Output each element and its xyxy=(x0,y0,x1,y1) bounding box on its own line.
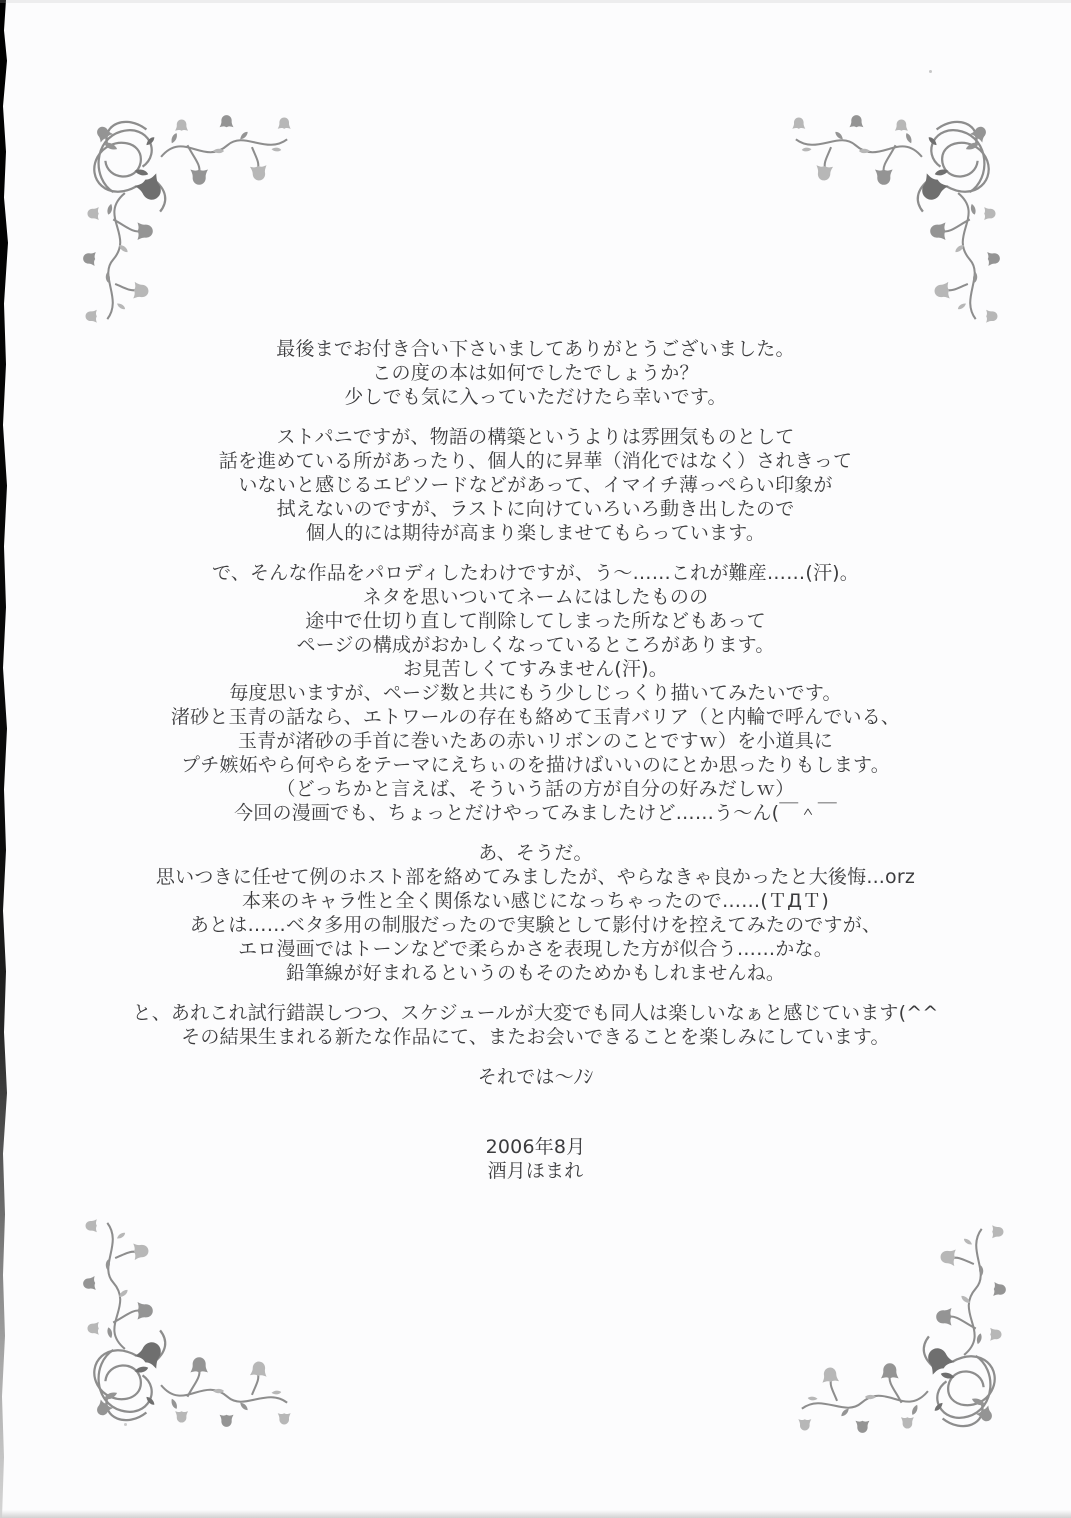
text-line: 毎度思いますが、ページ数と共にもう少しじっくり描いてみたいです。 xyxy=(0,681,1071,705)
colophon: 2006年8月 酒月ほまれ xyxy=(0,1135,1071,1183)
paragraph-series-thoughts: ストパニですが、物語の構築というよりは雰囲気ものとして話を進めている所があったり… xyxy=(0,425,1071,545)
text-line: と、あれこれ試行錯誤しつつ、スケジュールが大変でも同人は楽しいなぁと感じています… xyxy=(0,1001,1071,1025)
paragraph-greeting: 最後までお付き合い下さいましてありがとうございました。この度の本は如何でしたでし… xyxy=(0,337,1071,409)
scan-edge-top xyxy=(0,0,1071,3)
floral-corner-ornament-top-left xyxy=(78,110,293,325)
text-line: あとは……ベタ多用の制服だったので実験として影付けを控えてみたのですが、 xyxy=(0,913,1071,937)
signoff: それでは～ﾉｼ xyxy=(0,1065,1071,1089)
text-line: ネタを思いついてネームにはしたものの xyxy=(0,585,1071,609)
text-line: この度の本は如何でしたでしょうか？ xyxy=(0,361,1071,385)
text-line: ページの構成がおかしくなっているところがあります。 xyxy=(0,633,1071,657)
text-line: 本来のキャラ性と全く関係ない感じになっちゃったので……(ＴДＴ) xyxy=(0,889,1071,913)
floral-corner-ornament-bottom-right xyxy=(796,1223,1011,1438)
text-line: 少しでも気に入っていただけたら幸いです。 xyxy=(0,385,1071,409)
paragraph-regrets: あ、そうだ。思いつきに任せて例のホスト部を絡めてみましたが、やらなきゃ良かったと… xyxy=(0,841,1071,985)
paragraph-parody-production: で、そんな作品をパロディしたわけですが、う～……これが難産……(汗)。ネタを思い… xyxy=(0,561,1071,825)
text-line: 話を進めている所があったり、個人的に昇華（消化ではなく）されきって xyxy=(0,449,1071,473)
publication-date: 2006年8月 xyxy=(0,1135,1071,1159)
text-line: 鉛筆線が好まれるというのもそのためかもしれませんね。 xyxy=(0,961,1071,985)
text-line: あ、そうだ。 xyxy=(0,841,1071,865)
scan-speck xyxy=(929,70,932,73)
text-line: 最後までお付き合い下さいましてありがとうございました。 xyxy=(0,337,1071,361)
floral-corner-ornament-bottom-left xyxy=(78,1217,293,1432)
text-line: 拭えないのですが、ラストに向けていろいろ動き出したので xyxy=(0,497,1071,521)
text-line: その結果生まれる新たな作品にて、またお会いできることを楽しみにしています。 xyxy=(0,1025,1071,1049)
text-line: いないと感じるエピソードなどがあって、イマイチ薄っぺらい印象が xyxy=(0,473,1071,497)
scanned-page: 最後までお付き合い下さいましてありがとうございました。この度の本は如何でしたでし… xyxy=(0,0,1071,1518)
text-line: （どっちかと言えば、そういう話の方が自分の好みだしｗ） xyxy=(0,777,1071,801)
text-line: お見苦しくてすみません(汗)。 xyxy=(0,657,1071,681)
text-line: ストパニですが、物語の構築というよりは雰囲気ものとして xyxy=(0,425,1071,449)
text-line: 玉青が渚砂の手首に巻いたあの赤いリボンのことですｗ）を小道具に xyxy=(0,729,1071,753)
text-line: 個人的には期待が高まり楽しませてもらっています。 xyxy=(0,521,1071,545)
text-line: 途中で仕切り直して削除してしまった所などもあって xyxy=(0,609,1071,633)
text-line: 渚砂と玉青の話なら、エトワールの存在も絡めて玉青バリア（と内輪で呼んでいる、 xyxy=(0,705,1071,729)
text-line: 今回の漫画でも、ちょっとだけやってみましたけど……う～ん(￣＾￣ xyxy=(0,801,1071,825)
text-line: プチ嫉妬やら何やらをテーマにえちぃのを描けばいいのにとか思ったりもします。 xyxy=(0,753,1071,777)
author-name: 酒月ほまれ xyxy=(0,1159,1071,1183)
floral-corner-ornament-top-right xyxy=(790,110,1005,325)
text-line: 思いつきに任せて例のホスト部を絡めてみましたが、やらなきゃ良かったと大後悔...… xyxy=(0,865,1071,889)
afterword-text: 最後までお付き合い下さいましてありがとうございました。この度の本は如何でしたでし… xyxy=(0,337,1071,1183)
scan-edge-bottom xyxy=(0,1510,1071,1518)
paragraph-closing: と、あれこれ試行錯誤しつつ、スケジュールが大変でも同人は楽しいなぁと感じています… xyxy=(0,1001,1071,1049)
text-line: エロ漫画ではトーンなどで柔らかさを表現した方が似合う……かな。 xyxy=(0,937,1071,961)
text-line: で、そんな作品をパロディしたわけですが、う～……これが難産……(汗)。 xyxy=(0,561,1071,585)
